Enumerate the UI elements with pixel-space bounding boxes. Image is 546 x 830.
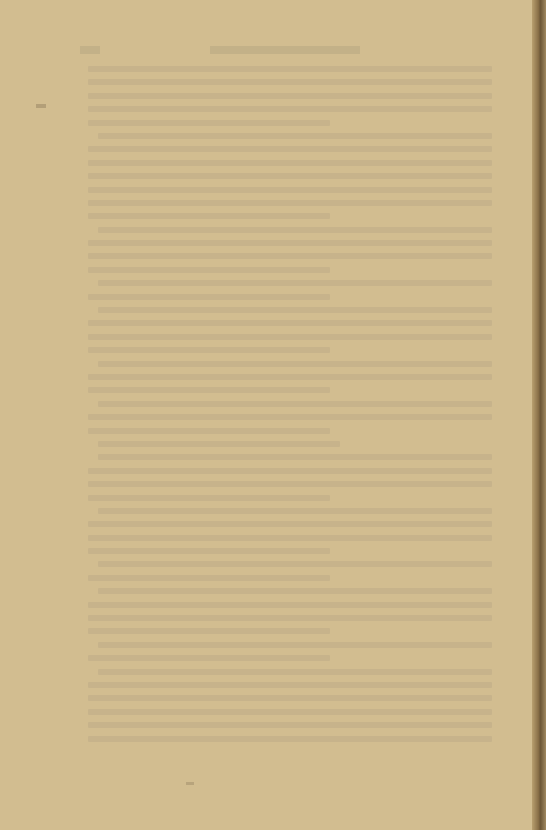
page-number [80,46,100,54]
text-line [88,320,492,326]
text-line [88,682,492,688]
book-spine [532,0,546,830]
text-line [88,160,492,166]
text-line [88,120,330,126]
text-line [88,374,492,380]
text-line [88,602,492,608]
text-line [88,106,492,112]
text-line [88,347,330,353]
text-line [98,669,492,675]
text-line [88,709,492,715]
text-line [88,628,330,634]
text-line [88,173,492,179]
text-line [98,642,492,648]
text-line [88,213,330,219]
text-line [98,227,492,233]
running-title [210,46,360,54]
margin-mark [36,104,46,108]
text-line [88,294,330,300]
text-line [88,575,330,581]
text-line [88,521,492,527]
text-line [88,146,492,152]
text-line [98,441,340,447]
text-line [98,508,492,514]
text-line [88,267,330,273]
text-line [88,240,492,246]
text-line [88,535,492,541]
body-text [88,66,492,749]
text-line [98,561,492,567]
text-line [88,695,492,701]
text-line [88,481,492,487]
text-line [98,361,492,367]
text-line [98,401,492,407]
text-line [88,93,492,99]
text-line [98,454,492,460]
text-line [98,307,492,313]
text-line [88,253,492,259]
text-line [98,588,492,594]
text-line [88,615,492,621]
text-line [88,200,492,206]
text-line [88,79,492,85]
book-page [0,0,532,830]
text-line [88,334,492,340]
text-line [88,468,492,474]
text-line [88,66,492,72]
text-line [88,387,330,393]
text-line [88,722,492,728]
text-line [88,736,492,742]
text-line [98,280,492,286]
text-line [88,428,330,434]
running-header [80,44,490,58]
text-line [88,495,330,501]
text-line [88,187,492,193]
text-line [88,414,492,420]
text-line [88,655,330,661]
bottom-mark [186,782,194,785]
text-line [88,548,330,554]
text-line [98,133,492,139]
